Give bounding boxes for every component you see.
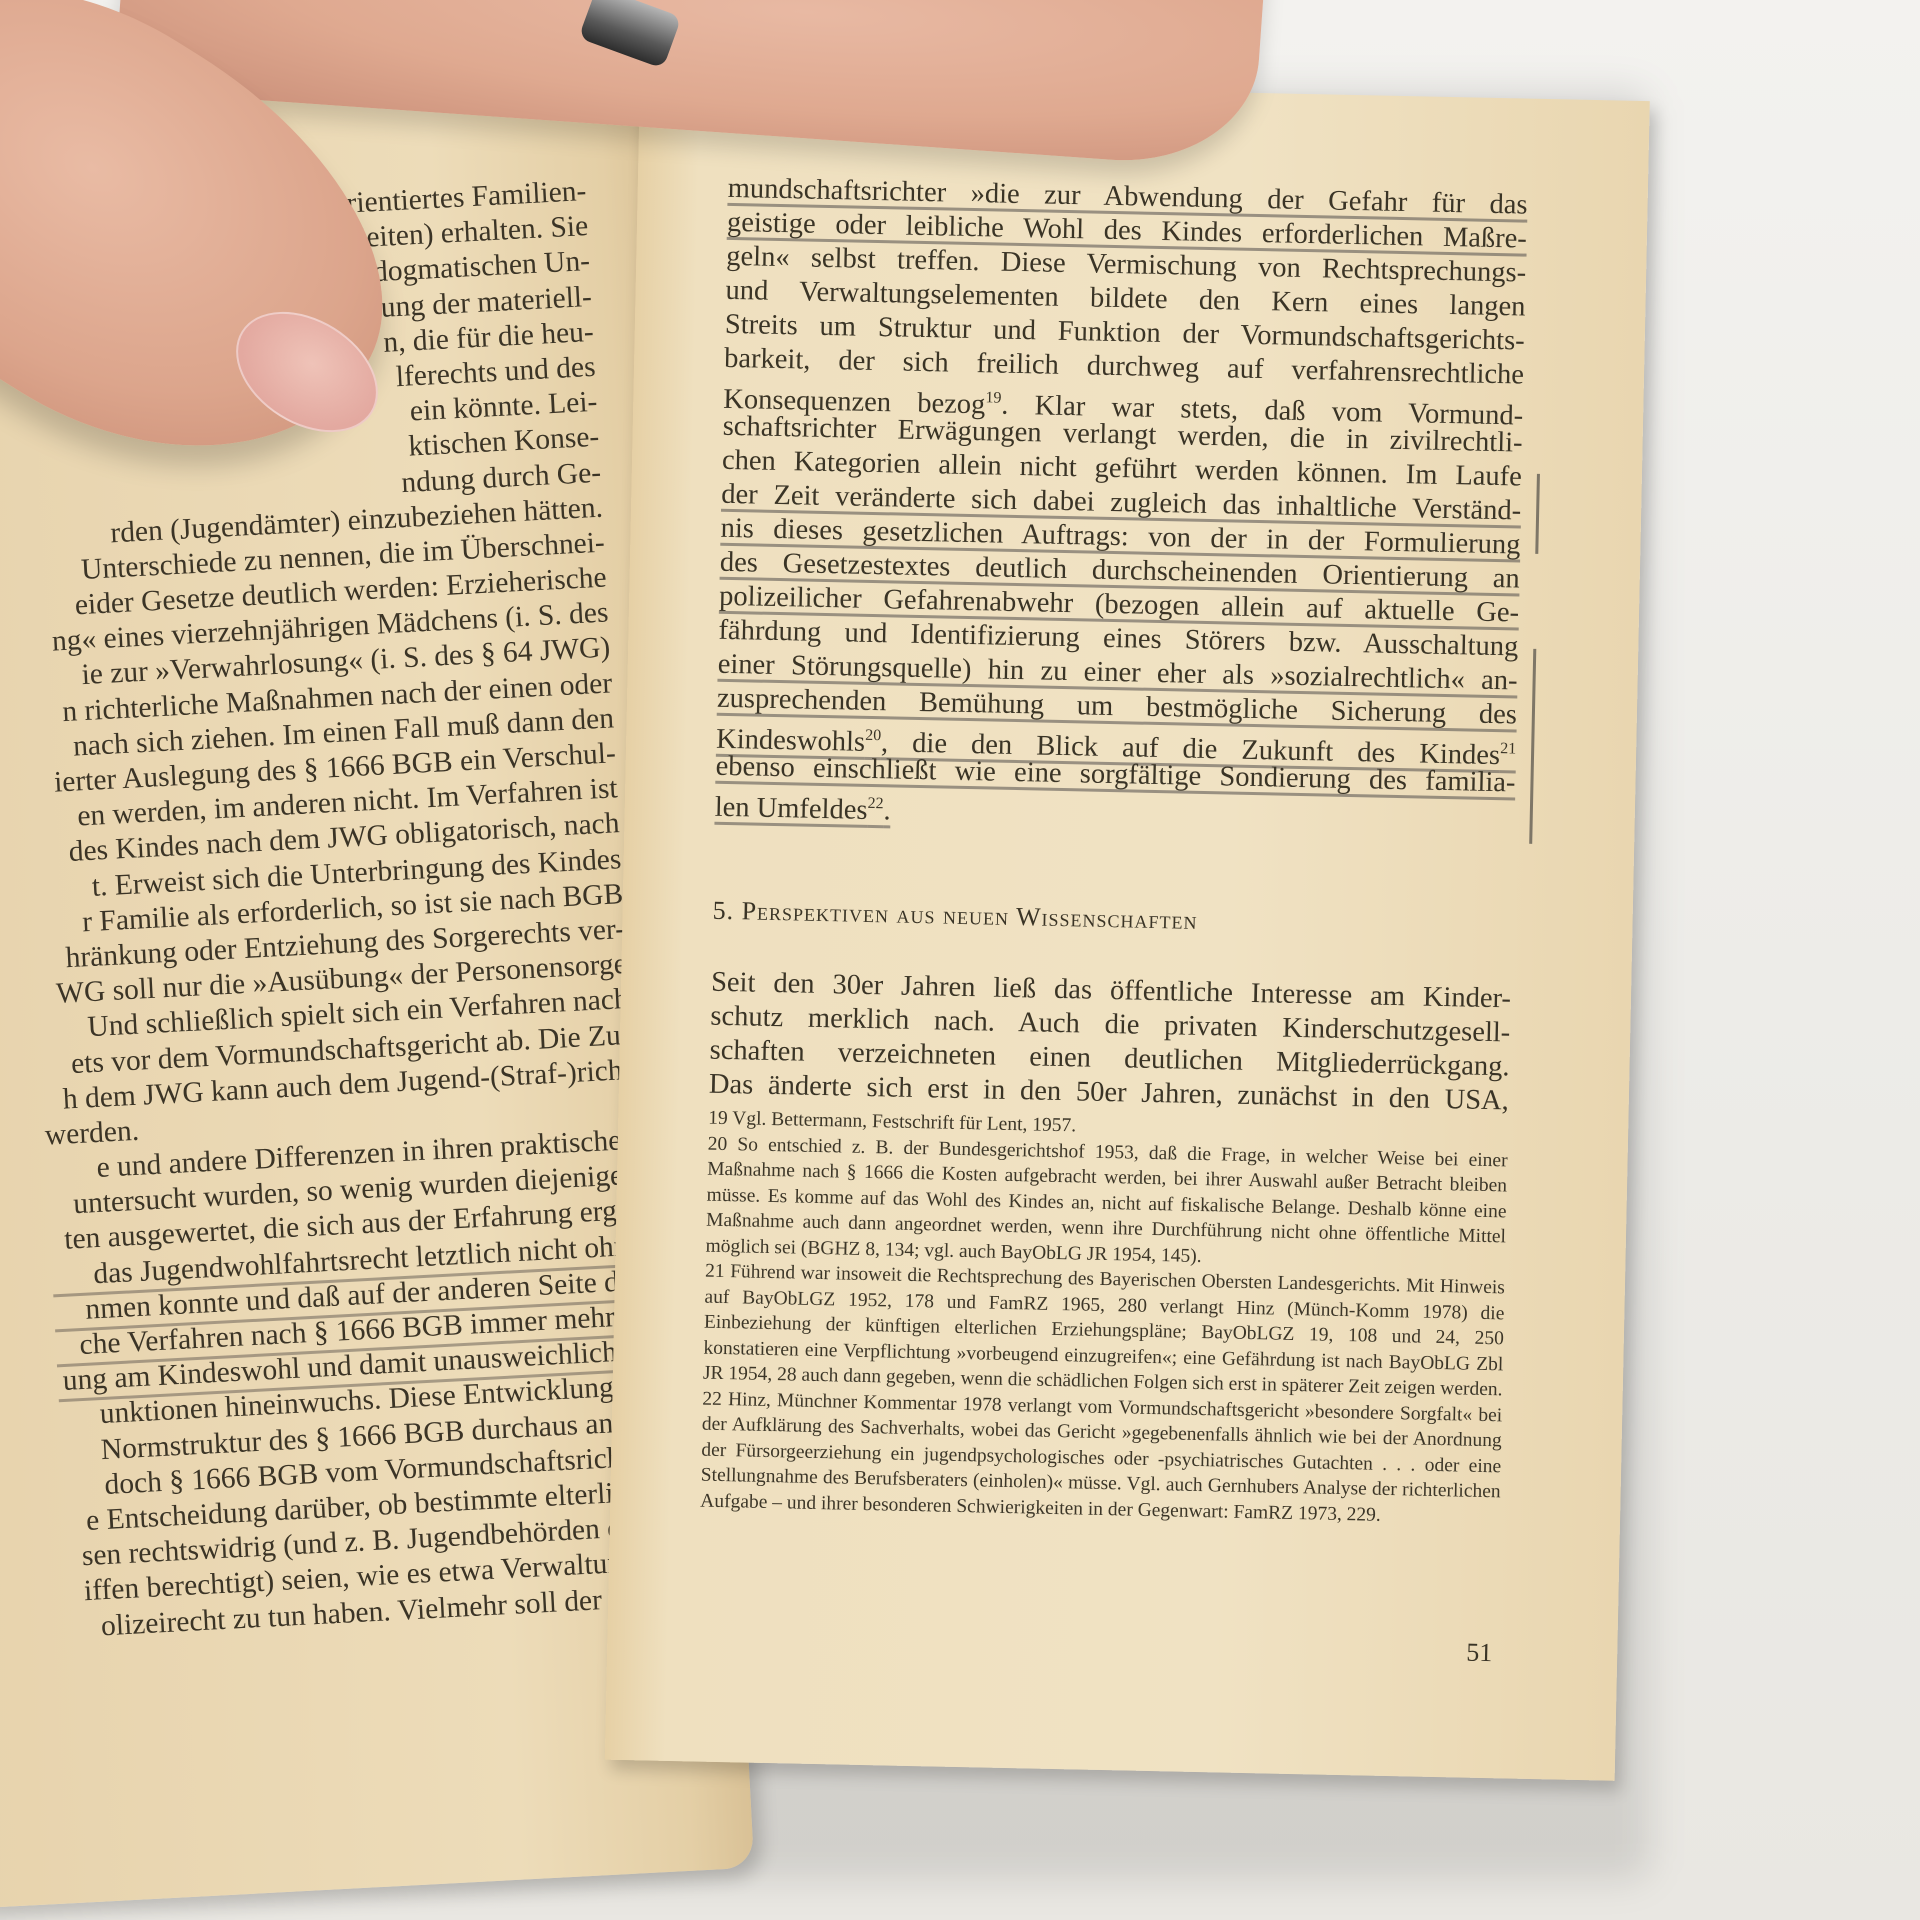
right-page: mundschaftsrichter »die zur Abwendung de… [605, 80, 1650, 1781]
photo-scene: nsorientiertes Familien- n Seiten) erhal… [0, 0, 1920, 1920]
text-segment: len Umfeldes [714, 792, 867, 826]
pencil-margin-bracket [1535, 474, 1540, 554]
footnote-ref-21[interactable]: 21 [1500, 740, 1516, 757]
page-number: 51 [1466, 1638, 1493, 1669]
footnote-ref-22[interactable]: 22 [867, 795, 883, 812]
footnotes: 19 Vgl. Bettermann, Festschrift für Lent… [700, 1106, 1508, 1531]
footnote-ref-19[interactable]: 19 [985, 389, 1001, 406]
footnote-20: 20 So entschied z. B. der Bundesgerichts… [705, 1131, 1507, 1275]
footnote-ref-20[interactable]: 20 [865, 727, 881, 744]
section-heading: 5. Perspektiven aus neuen Wissenschaften [712, 896, 1512, 943]
right-page-content: mundschaftsrichter »die zur Abwendung de… [700, 172, 1528, 1530]
paragraph-2: Seit den 30er Jahren ließ das öffentlich… [709, 966, 1512, 1119]
paragraph-1: mundschaftsrichter »die zur Abwendung de… [715, 172, 1528, 835]
footnote-22: 22 Hinz, Münchner Kommentar 1978 verlang… [700, 1386, 1502, 1530]
footnote-21: 21 Führend war insoweit die Rechtsprechu… [703, 1259, 1505, 1403]
pencil-margin-bracket [1529, 649, 1536, 844]
